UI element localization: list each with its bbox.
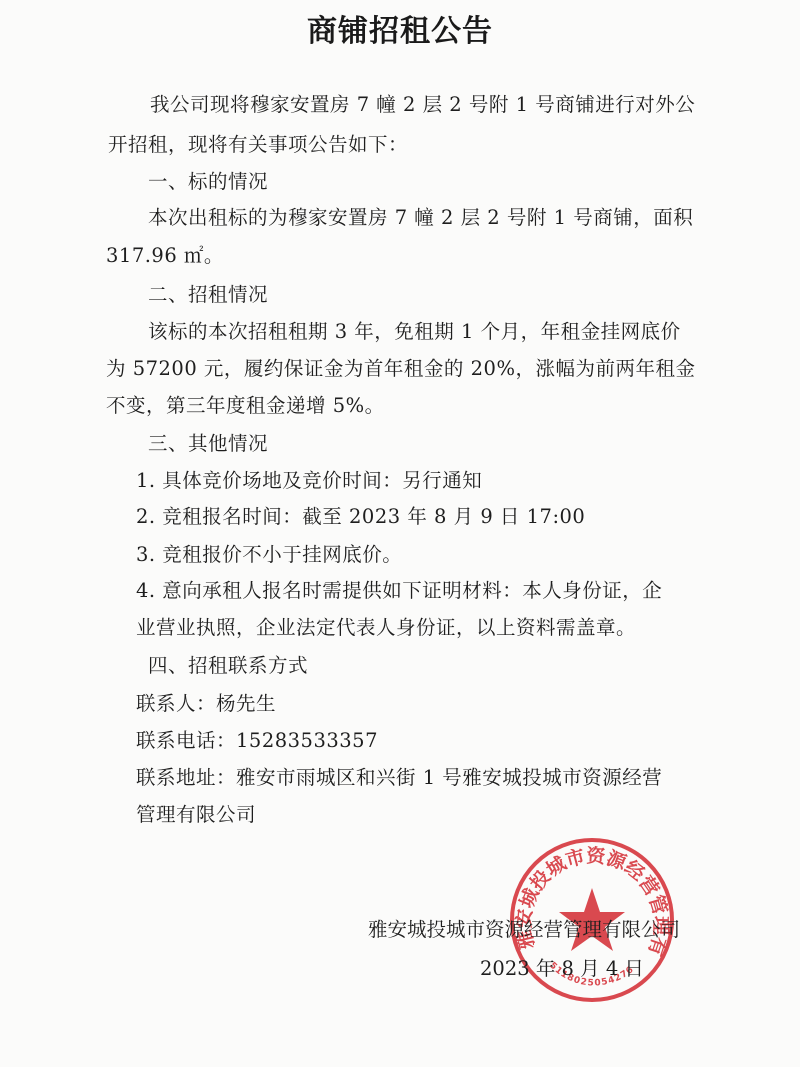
section3-item-1: 1. 具体竞价场地及竞价时间：另行通知: [136, 468, 482, 494]
section2-line-1: 该标的本次招租租期 3 年，免租期 1 个月，年租金挂网底价: [148, 319, 681, 345]
contact-address-line-2: 管理有限公司: [136, 802, 256, 828]
section3-item-2: 2. 竞租报名时间：截至 2023 年 8 月 9 日 17:00: [136, 504, 585, 530]
section3-item-4-line-1: 4. 意向承租人报名时需提供如下证明材料：本人身份证，企: [136, 578, 662, 604]
section2-heading: 二、招租情况: [148, 282, 268, 308]
intro-line-2: 开招租，现将有关事项公告如下：: [108, 132, 408, 158]
signature-date: 2023 年 8 月 4 日: [480, 956, 644, 982]
section1-line-2: 317.96 ㎡。: [106, 243, 224, 269]
intro-line-1: 我公司现将穆家安置房 7 幢 2 层 2 号附 1 号商铺进行对外公: [150, 92, 695, 118]
section1-heading: 一、标的情况: [148, 169, 268, 195]
section1-line-1: 本次出租标的为穆家安置房 7 幢 2 层 2 号附 1 号商铺，面积: [148, 205, 693, 231]
section4-heading: 四、招租联系方式: [148, 653, 308, 679]
contact-person: 联系人：杨先生: [136, 691, 276, 717]
section3-item-4-line-2: 业营业执照，企业法定代表人身份证，以上资料需盖章。: [136, 615, 636, 641]
contact-address-line-1: 联系地址：雅安市雨城区和兴街 1 号雅安城投城市资源经营: [136, 765, 662, 791]
section2-line-2: 为 57200 元，履约保证金为首年租金的 20%，涨幅为前两年租金: [106, 356, 695, 382]
section3-heading: 三、其他情况: [148, 431, 268, 457]
announcement-page: 商铺招租公告 我公司现将穆家安置房 7 幢 2 层 2 号附 1 号商铺进行对外…: [0, 0, 800, 1067]
section2-line-3: 不变，第三年度租金递增 5%。: [106, 393, 385, 419]
contact-phone: 联系电话：15283533357: [136, 728, 378, 754]
document-title: 商铺招租公告: [0, 6, 800, 50]
section3-item-3: 3. 竞租报价不小于挂网底价。: [136, 542, 402, 568]
signature-company: 雅安城投城市资源经营管理有限公司: [368, 917, 680, 943]
